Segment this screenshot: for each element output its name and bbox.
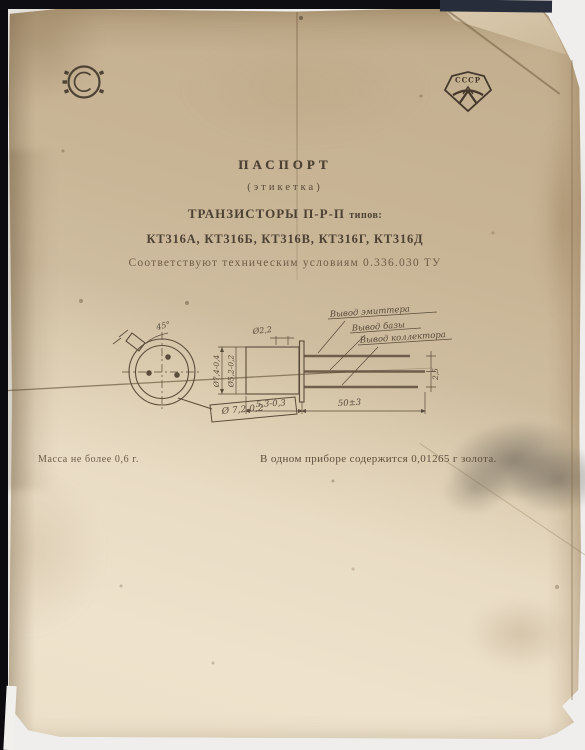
scanner-edge-top xyxy=(0,0,448,9)
quality-mark-label: СССР xyxy=(455,76,481,85)
paper-sheet xyxy=(7,8,581,739)
transistor-models: КТ316А, КТ316Б, КТ316В, КТ316Г, КТ316Д xyxy=(30,232,540,247)
spec-line: Соответствуют техническим условиям 0.336… xyxy=(30,257,540,269)
gold-content-note: В одном приборе содержится 0,01265 г зол… xyxy=(260,453,497,465)
type-suffix: типов: xyxy=(349,210,382,221)
quality-mark-icon: СССР xyxy=(443,68,493,114)
mass-note: Масса не более 0,6 г. xyxy=(38,454,139,465)
doc-subtitle: (этикетка) xyxy=(30,182,540,193)
scanner-edge-top-right xyxy=(440,0,552,13)
doc-title: ПАСПОРТ xyxy=(30,157,540,173)
type-main: ТРАНЗИСТОРЫ П-Р-П xyxy=(188,206,345,221)
factory-logo-icon xyxy=(60,58,108,106)
transistor-type-line: ТРАНЗИСТОРЫ П-Р-П типов: xyxy=(30,206,540,222)
scanned-document: СССР ПАСПОРТ (этикетка) ТРАНЗИСТОРЫ П-Р-… xyxy=(0,0,585,750)
scanner-gap-bottom-left xyxy=(3,686,16,750)
scanner-edge-left xyxy=(0,0,8,750)
